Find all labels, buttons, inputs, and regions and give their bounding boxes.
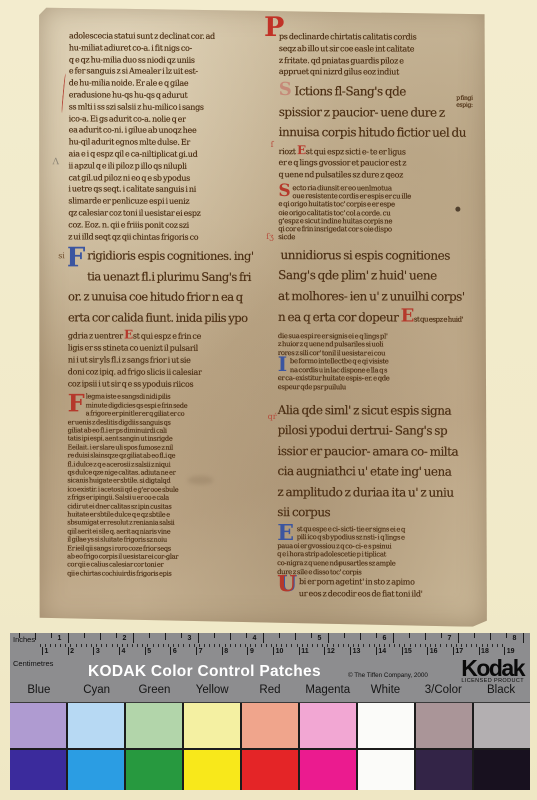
patch-label-magenta: Magenta: [299, 684, 357, 696]
manuscript-line: q uene nd pulsatiles sz dure z qeoz: [278, 169, 474, 181]
manuscript-line: pilosi ypodui dertrui- Sang's sp: [278, 420, 474, 441]
mm-tick: [348, 644, 349, 647]
mm-tick: [271, 644, 272, 647]
patch-magenta-light: [300, 703, 356, 748]
manuscript-line: e fer sanguis z si Amealer i lz uit est-: [69, 66, 271, 79]
mm-tick: [55, 644, 56, 647]
mm-tick: [266, 644, 267, 647]
mm-tick: [404, 644, 405, 647]
mm-tick: [502, 644, 503, 647]
cm-tick: [247, 647, 248, 655]
manuscript-line: re duisi slainsqze qz giliat ab eo fl.i …: [67, 451, 269, 460]
patch-label-yellow: Yellow: [183, 684, 241, 696]
patch-grid: [10, 702, 530, 790]
manuscript-line: rigidioris espis cognitiones. ing': [68, 246, 270, 267]
marginal-mark: si: [58, 251, 65, 260]
cm-number: 11: [301, 648, 308, 655]
inline-initial: st qu espz e huid': [414, 316, 463, 324]
mm-tick: [322, 644, 323, 647]
mm-tick: [446, 644, 447, 647]
manuscript-line: doni coz ipiq. ad frigo slicis ii calesi…: [68, 366, 270, 379]
mm-tick: [81, 644, 82, 647]
mm-tick: [297, 644, 298, 647]
mm-tick: [353, 644, 354, 647]
patch-white-dark: [358, 750, 414, 790]
stain-spot: [187, 476, 213, 485]
mm-tick: [312, 644, 313, 647]
manuscript-line: hu-qil adurit egnos mlte dulse. Er: [69, 136, 271, 149]
cm-number: 18: [481, 648, 489, 655]
mm-tick: [430, 644, 431, 647]
text-block: die sua espi re er signis ei e q lings p…: [278, 332, 474, 358]
mm-tick: [112, 644, 113, 647]
mm-tick: [142, 644, 143, 647]
mm-tick: [497, 644, 498, 647]
cm-number: 15: [404, 648, 412, 655]
mm-tick: [127, 644, 128, 647]
mm-tick: [70, 644, 71, 647]
target-copyright: © The Tiffen Company, 2000: [348, 672, 428, 679]
manuscript-line: Alia qde siml' z sicut espis signa: [278, 400, 474, 421]
kodak-color-target: Inches 12345678 123456789101112131415161…: [10, 633, 530, 789]
manuscript-line: seqz ab illo ut sir coe easle int calita…: [279, 43, 475, 55]
manuscript-line: qz calesiar coz toni il uesistar ei espz: [68, 207, 270, 220]
text-block: unnidiorus si espis cognitionesSang's qd…: [278, 245, 474, 331]
manuscript-line: appruet qni nizrd gilus eoz indiut: [279, 66, 475, 78]
mm-tick: [225, 644, 226, 647]
text-block: Ibe formo intellectbe q e qi visistena c…: [278, 357, 474, 392]
manuscript-line: slimarde er penlicuze espi i ueniz: [68, 195, 270, 208]
mm-tick: [168, 644, 169, 647]
mm-tick: [40, 644, 41, 647]
patch-label-green: Green: [126, 684, 184, 696]
manuscript-line: qi cor e frin insrigedat cor s oie dispo: [278, 225, 474, 234]
mm-tick: [317, 644, 318, 647]
text-block: Est qu espe e ci- sicti- tie er signs ei…: [277, 525, 473, 577]
text-block: SIctions fl-Sang's qdespissior z paucior…: [279, 81, 475, 143]
text-block: Frigidioris espis cognitiones. ing'tia u…: [68, 246, 270, 329]
text-segment: riozt: [279, 147, 297, 156]
patch-3-color-light: [416, 703, 472, 748]
mm-tick: [132, 644, 133, 647]
manuscript-line: ps declinarde chirtatis calitatis cordis: [279, 31, 475, 43]
patch-cyan-dark: [68, 750, 124, 790]
mm-tick: [76, 644, 77, 647]
manuscript-line: z ui illd seqt qz qii chintas frigoris c…: [68, 231, 270, 244]
centimetre-ruler: 12345678910111213141516171819: [10, 633, 530, 659]
patch-label-black: Black: [472, 684, 530, 696]
mm-tick: [219, 644, 220, 647]
illuminated-initial: F: [68, 394, 83, 413]
text-block: riozt Est qui espz sicti e- te er liguse…: [278, 145, 474, 182]
mm-tick: [286, 644, 287, 647]
manuscript-line: espeur qde psr puilulu: [278, 383, 474, 392]
manuscript-line: ii apzul q e ili piloz p illo qs nilupli: [69, 160, 271, 173]
mm-tick: [343, 644, 344, 647]
mm-tick: [106, 644, 107, 647]
mm-tick: [327, 644, 328, 647]
patch-magenta-dark: [300, 750, 356, 790]
cm-tick: [119, 647, 120, 655]
mm-tick: [369, 644, 370, 647]
mm-tick: [281, 644, 282, 647]
manuscript-line: il gilae ys si sluitate frigoris sz noiu: [67, 536, 269, 545]
cm-number: 2: [70, 648, 74, 655]
manuscript-line: ico-a. Ei gs adurit co-a. nolie q er: [69, 113, 271, 126]
patch-blue-dark: [10, 750, 66, 790]
mm-tick: [230, 644, 231, 647]
manuscript-line: Ictions fl-Sang's qde: [279, 81, 475, 102]
mm-tick: [91, 644, 92, 647]
manuscript-line: a frigore er pinitler er q giliat er co: [68, 409, 270, 418]
manuscript-line: innuisa corpis hitudo fictior uel du: [279, 122, 475, 143]
mm-tick: [374, 644, 375, 647]
mm-tick: [425, 644, 426, 647]
manuscript-line: erta cor calida fiunt. inida pilis ypo: [68, 307, 270, 328]
mm-tick: [389, 644, 390, 647]
text-block: Flegma iste e sangsdi nidi pilisminute d…: [67, 393, 270, 579]
manuscript-line: cia augniathci u' etate ing' uena: [277, 461, 473, 482]
manuscript-line: n ea q erta cor dopeur Est qu espz e hui…: [278, 306, 474, 330]
illuminated-initial: I: [278, 357, 287, 372]
kodak-brand-text: Kodak: [461, 657, 524, 679]
patch-black-dark: [474, 750, 530, 790]
mm-tick: [163, 644, 164, 647]
manuscript-line: er e q lings gvossior et paucior est z: [279, 158, 475, 170]
manuscript-line: de hu-milia noide. Er ale e q gilae: [69, 78, 271, 91]
target-title: KODAK Color Control Patches: [88, 663, 321, 681]
cm-tick: [299, 647, 300, 655]
cm-tick: [427, 647, 428, 655]
manuscript-line: riozt Est qui espz sicti e- te er ligus: [279, 145, 475, 158]
patch-red-light: [242, 703, 298, 748]
illuminated-initial: S: [279, 81, 292, 98]
cm-tick: [504, 647, 505, 655]
mm-tick: [291, 644, 292, 647]
patch-cyan-light: [68, 703, 124, 748]
mm-tick: [50, 644, 51, 647]
mm-tick: [86, 644, 87, 647]
mm-tick: [302, 644, 303, 647]
patch-green-dark: [126, 750, 182, 790]
mm-tick: [255, 644, 256, 647]
manuscript-photo-scene: P adolescecia statui sunt z declinat cor…: [0, 0, 537, 800]
cm-tick: [222, 647, 223, 655]
manuscript-line: co-nigra z q uene nd pusartles sz ample: [277, 559, 473, 568]
mm-tick: [189, 644, 190, 647]
manuscript-line: or. z unuisa coe hitudo frior n ea q: [68, 287, 270, 308]
cm-tick: [145, 647, 146, 655]
manuscript-line: Sang's qde plim' z huid' uene: [278, 265, 474, 286]
patch-label-row: BlueCyanGreenYellowRedMagentaWhite3/Colo…: [10, 684, 530, 700]
mm-tick: [415, 644, 416, 647]
patch-black-light: [474, 703, 530, 748]
mm-tick: [456, 644, 457, 647]
patch-yellow-light: [184, 703, 240, 748]
mm-tick: [307, 644, 308, 647]
mm-tick: [276, 644, 277, 647]
manuscript-line: eradusione hu-qs hu-qs q adurut: [69, 89, 271, 102]
mm-tick: [250, 644, 251, 647]
text-block: gdria z uentrer Est qui espz e frin celi…: [68, 330, 270, 391]
illuminated-initial: U: [277, 576, 296, 593]
manuscript-line: e qi origo huitatis toc' corpis e er esp…: [278, 201, 474, 210]
cm-number: 7: [199, 648, 203, 655]
cm-number: 10: [276, 648, 284, 655]
patch-label-3-color: 3/Color: [414, 684, 472, 696]
mm-tick: [101, 644, 102, 647]
cm-number: 8: [224, 648, 228, 655]
manuscript-line: issior er paucior- amara co- milta: [277, 441, 473, 462]
cm-tick: [273, 647, 274, 655]
cm-tick: [93, 647, 94, 655]
mm-tick: [122, 644, 123, 647]
mm-tick: [204, 644, 205, 647]
patch-red-dark: [242, 750, 298, 790]
cm-tick: [402, 647, 403, 655]
mm-tick: [399, 644, 400, 647]
mm-tick: [60, 644, 61, 647]
mm-tick: [65, 644, 66, 647]
mm-tick: [235, 644, 236, 647]
manuscript-line: coz ipsii i ut sir q e ss ypoduis riicos: [68, 378, 270, 391]
mm-tick: [261, 644, 262, 647]
inline-initial: E: [297, 143, 306, 157]
penwork-flourish: [61, 73, 68, 113]
manuscript-line: tia uenazt fl.i plurimu Sang's fri: [68, 266, 270, 287]
manuscript-line: cat gil.ud piloz ni eo q e sb ypodus: [68, 172, 270, 185]
mm-tick: [45, 644, 46, 647]
cm-tick: [324, 647, 325, 655]
text-segment: st qui espz e frin ce: [133, 332, 201, 341]
mm-tick: [363, 644, 364, 647]
manuscript-line: z fritate. qd pniatas guardis piloz e: [279, 55, 475, 67]
mm-tick: [379, 644, 380, 647]
cm-tick: [376, 647, 377, 655]
manuscript-line: spissior z paucior- uene dure z: [279, 102, 475, 123]
mm-tick: [420, 644, 421, 647]
centimetres-label: Centimetres: [13, 659, 53, 668]
manuscript-line: i uetre qs seqt. i calitate sanguis i ni: [68, 184, 270, 197]
mm-tick: [466, 644, 467, 647]
marginal-mark: qŕ: [268, 412, 277, 421]
cm-tick: [196, 647, 197, 655]
mm-tick: [384, 644, 385, 647]
text-block: Secto ria diunsit er eo uenlmotuaoue res…: [278, 184, 474, 242]
cm-number: 13: [353, 648, 361, 655]
patch-label-white: White: [357, 684, 415, 696]
manuscript-line: qii e chirtas cochiuirdis frigoris epis: [67, 569, 269, 578]
cm-number: 14: [378, 648, 386, 655]
mm-tick: [451, 644, 452, 647]
kodak-logo: Kodak LICENSED PRODUCT: [461, 657, 524, 684]
cm-number: 5: [147, 648, 151, 655]
cm-number: 16: [430, 648, 438, 655]
cm-number: 9: [250, 648, 254, 655]
illuminated-initial: E: [277, 525, 294, 542]
text-segment: st qui espz sicti e- te er ligus: [306, 147, 406, 156]
stain-spot: [455, 207, 460, 212]
manuscript-line: unnidiorus si espis cognitiones: [278, 245, 474, 266]
mm-tick: [199, 644, 200, 647]
illuminated-initial: S: [278, 184, 290, 198]
mm-tick: [358, 644, 359, 647]
inline-initial: E: [124, 328, 133, 342]
manuscript-line: hu-miliat adiuret co-a. i fit nigs co-: [69, 42, 271, 55]
text-column-2: ps declinarde chirtatis calitatis cordis…: [277, 31, 475, 610]
manuscript-line: z amplitudo z duriaa ita u' z uniu: [277, 482, 473, 503]
text-column-1: adolescecia statui sunt z declinat cor. …: [67, 30, 271, 601]
mm-tick: [209, 644, 210, 647]
text-block: Alia qde siml' z sicut espis signapilosi…: [277, 400, 473, 524]
manuscript-line: coz. Eoz. n. qii e friiis ponit coz szi: [68, 219, 270, 232]
cm-number: 4: [122, 648, 126, 655]
manuscript-line: ligis er ss stineta co uenizt il pulsari…: [68, 342, 270, 355]
patch-green-light: [126, 703, 182, 748]
mm-tick: [173, 644, 174, 647]
mm-tick: [178, 644, 179, 647]
patch-label-red: Red: [241, 684, 299, 696]
manuscript-line: z huior z q uene nd pulsariles si uoli: [278, 340, 474, 349]
manuscript-line: aia e i q espz qil e ca-niltiplicat gi.u…: [69, 148, 271, 161]
illuminated-initial: F: [67, 248, 84, 269]
mm-tick: [338, 644, 339, 647]
manuscript-line: sicde: [278, 233, 474, 242]
mm-tick: [333, 644, 334, 647]
inline-initial: E: [401, 305, 414, 326]
cm-tick: [170, 647, 171, 655]
mm-tick: [137, 644, 138, 647]
mm-tick: [440, 644, 441, 647]
mm-tick: [96, 644, 97, 647]
marginal-mark: ſ: [271, 140, 274, 149]
parchment-page: P adolescecia statui sunt z declinat cor…: [37, 5, 489, 627]
manuscript-line: ea adurit co-ni. i gilue ab unoqz hee: [69, 125, 271, 138]
mm-tick: [117, 644, 118, 647]
cm-number: 12: [327, 648, 335, 655]
mm-tick: [147, 644, 148, 647]
mm-tick: [183, 644, 184, 647]
manuscript-line: legma iste e sangsdi nidi pilis: [68, 393, 270, 402]
mm-tick: [461, 644, 462, 647]
mm-tick: [476, 644, 477, 647]
manuscript-line: sii corpus: [277, 502, 473, 523]
cm-number: 1: [45, 648, 49, 655]
mm-tick: [158, 644, 159, 647]
text-block: Ubi er porn agetint' in sto z apimour eo…: [277, 576, 473, 600]
mm-tick: [435, 644, 436, 647]
cm-tick: [453, 647, 454, 655]
text-block: adolescecia statui sunt z declinat cor. …: [68, 30, 271, 243]
cm-number: 19: [507, 648, 515, 655]
patch-3-color-dark: [416, 750, 472, 790]
text-block: ps declinarde chirtatis calitatis cordis…: [279, 31, 475, 79]
stain-spot: [337, 562, 341, 565]
manuscript-line: bi er porn agetint' in sto z apimo: [277, 576, 473, 588]
cm-tick: [68, 647, 69, 655]
manuscript-line: adolescecia statui sunt z declinat cor. …: [69, 30, 271, 43]
manuscript-line: ss mlti i ss szi salsii z hu-milico i sa…: [69, 101, 271, 114]
mm-tick: [410, 644, 411, 647]
mm-tick: [487, 644, 488, 647]
patch-blue-light: [10, 703, 66, 748]
mm-tick: [194, 644, 195, 647]
mm-tick: [214, 644, 215, 647]
manuscript-line: ur eos z decodir eos de fiat toni ild': [277, 588, 473, 600]
patch-white-light: [358, 703, 414, 748]
mm-tick: [482, 644, 483, 647]
marginal-mark: Λ: [53, 157, 60, 167]
cm-tick: [42, 647, 43, 655]
manuscript-line: at molhores- ien u' z unuilhi corps': [278, 286, 474, 307]
mm-tick: [492, 644, 493, 647]
mm-tick: [471, 644, 472, 647]
marginal-mark: ſʒ: [266, 232, 274, 241]
patch-label-cyan: Cyan: [68, 684, 126, 696]
mm-tick: [394, 644, 395, 647]
cm-tick: [479, 647, 480, 655]
mm-tick: [245, 644, 246, 647]
cm-number: 6: [173, 648, 177, 655]
cm-tick: [350, 647, 351, 655]
mm-tick: [153, 644, 154, 647]
manuscript-line: z frigs er ipingii. Salsii u er oo e cal…: [67, 494, 269, 503]
manuscript-line: q e qz hu-milia duo ss niodi qz uniis: [69, 54, 271, 67]
mm-tick: [240, 644, 241, 647]
patch-yellow-dark: [184, 750, 240, 790]
cm-number: 3: [96, 648, 100, 655]
text-segment: n ea q erta cor dopeur: [278, 310, 401, 324]
text-segment: gdria z uentrer: [68, 332, 124, 341]
manuscript-line: gdria z uentrer Est qui espz e frin ce: [68, 330, 270, 344]
patch-label-blue: Blue: [10, 684, 68, 696]
cm-number: 17: [455, 648, 463, 655]
manuscript-line: ni i ut sir yls fl.i z sangs frior i ut …: [68, 354, 270, 367]
